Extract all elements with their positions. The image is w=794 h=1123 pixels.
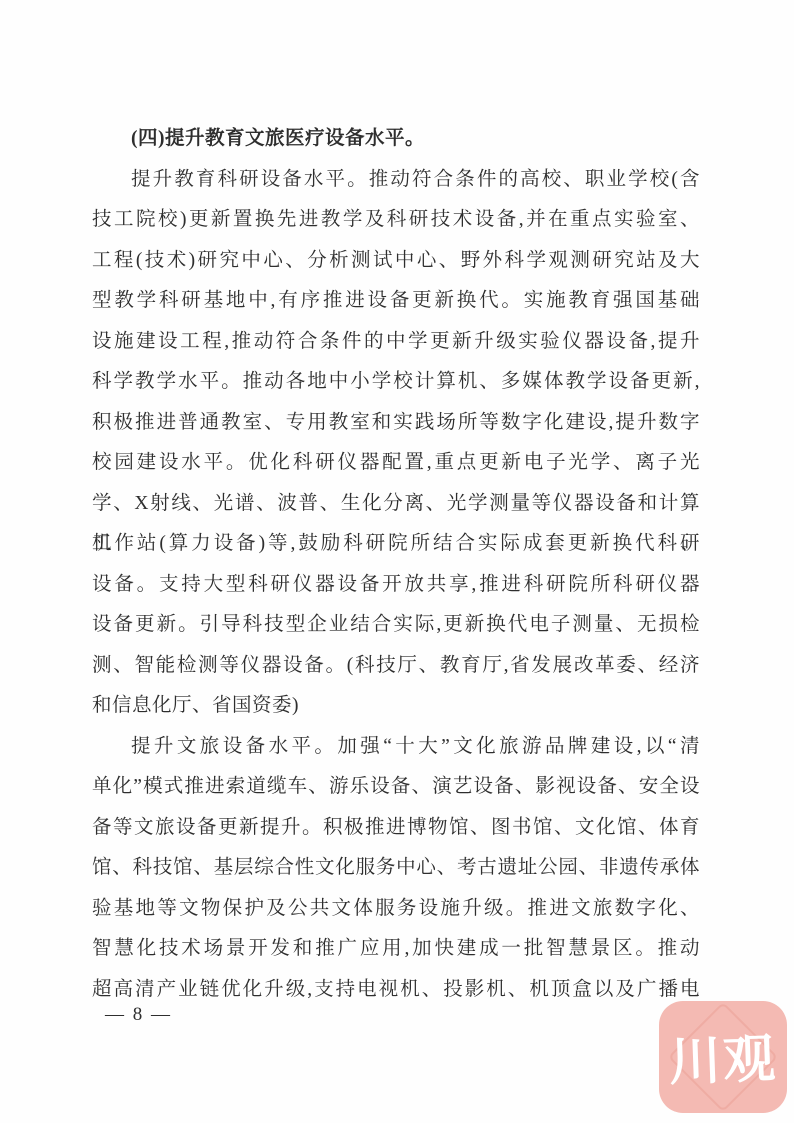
paragraph-line: 积极推进普通教室、专用教室和实践场所等数字化建设,提升数字 — [92, 403, 700, 444]
paragraph-education-scientific-equipment: 提升教育科研设备水平。推动符合条件的高校、职业学校(含 技工院校)更新置换先进教… — [92, 160, 700, 727]
paragraph-line: 设备更新。引导科技型企业结合实际,更新换代电子测量、无损检 — [92, 605, 700, 646]
document-body: (四)提升教育文旅医疗设备水平。 提升教育科研设备水平。推动符合条件的高校、职业… — [92, 119, 700, 1010]
paragraph-line: 和信息化厅、省国资委) — [92, 686, 700, 727]
section-heading: (四)提升教育文旅医疗设备水平。 — [92, 119, 700, 160]
paragraph-line: 设备。支持大型科研仪器设备开放共享,推进科研院所科研仪器 — [92, 565, 700, 606]
paragraph-line: 技工院校)更新置换先进教学及科研技术设备,并在重点实验室、 — [92, 200, 700, 241]
paragraph-line: 科学教学水平。推动各地中小学校计算机、多媒体教学设备更新, — [92, 362, 700, 403]
chuanguan-watermark-logo: 川观 — [659, 1001, 787, 1113]
paragraph-line: 备等文旅设备更新提升。积极推进博物馆、图书馆、文化馆、体育 — [92, 808, 700, 849]
paragraph-line: 型教学科研基地中,有序推进设备更新换代。实施教育强国基础 — [92, 281, 700, 322]
paragraph-line: 工作站(算力设备)等,鼓励科研院所结合实际成套更新换代科研 — [92, 524, 700, 565]
paragraph-line: 单化”模式推进索道缆车、游乐设备、演艺设备、影视设备、安全设 — [92, 767, 700, 808]
paragraph-line: 验基地等文物保护及公共文体服务设施升级。推进文旅数字化、 — [92, 889, 700, 930]
paragraph-line: 超高清产业链优化升级,支持电视机、投影机、机顶盒以及广播电 — [92, 970, 700, 1011]
watermark-text: 川观 — [659, 1016, 787, 1095]
paragraph-line: 提升文旅设备水平。加强“十大”文化旅游品牌建设,以“清 — [92, 727, 700, 768]
paragraph-line: 工程(技术)研究中心、分析测试中心、野外科学观测研究站及大 — [92, 241, 700, 282]
paragraph-line: 设施建设工程,推动符合条件的中学更新升级实验仪器设备,提升 — [92, 322, 700, 363]
paragraph-line: 提升教育科研设备水平。推动符合条件的高校、职业学校(含 — [92, 160, 700, 201]
document-page: (四)提升教育文旅医疗设备水平。 提升教育科研设备水平。推动符合条件的高校、职业… — [0, 0, 794, 1123]
paragraph-culture-tourism-equipment: 提升文旅设备水平。加强“十大”文化旅游品牌建设,以“清 单化”模式推进索道缆车、… — [92, 727, 700, 1011]
paragraph-line: 学、X射线、光谱、波普、生化分离、光学测量等仪器设备和计算机、 — [92, 484, 700, 525]
paragraph-line: 校园建设水平。优化科研仪器配置,重点更新电子光学、离子光 — [92, 443, 700, 484]
paragraph-line: 智慧化技术场景开发和推广应用,加快建成一批智慧景区。推动 — [92, 929, 700, 970]
page-number: — 8 — — [105, 1000, 172, 1030]
paragraph-line: 测、智能检测等仪器设备。(科技厅、教育厅,省发展改革委、经济 — [92, 646, 700, 687]
paragraph-line: 馆、科技馆、基层综合性文化服务中心、考古遗址公园、非遗传承体 — [92, 848, 700, 889]
